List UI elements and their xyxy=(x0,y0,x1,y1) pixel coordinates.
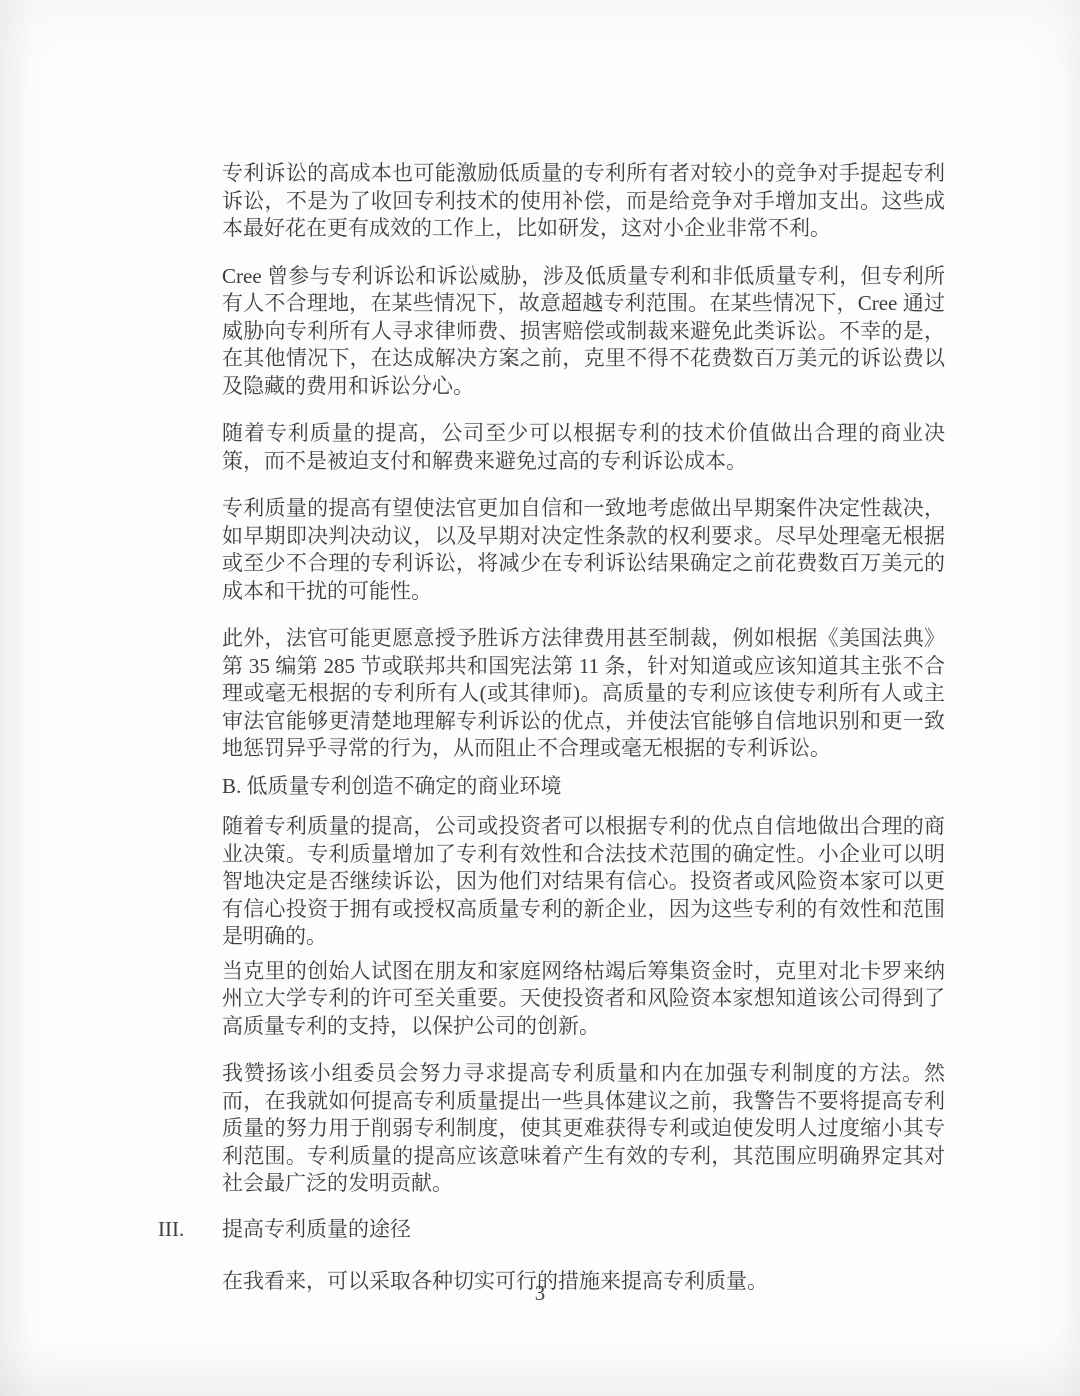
section-heading-iii: III. 提高专利质量的途径 xyxy=(158,1216,945,1244)
paragraph: 随着专利质量的提高，公司至少可以根据专利的技术价值做出合理的商业决策，而不是被迫… xyxy=(222,420,945,475)
section-heading-b: B. 低质量专利创造不确定的商业环境 xyxy=(222,773,945,801)
paragraph: Cree 曾参与专利诉讼和诉讼威胁，涉及低质量专利和非低质量专利，但专利所有人不… xyxy=(222,263,945,401)
section-title: 提高专利质量的途径 xyxy=(222,1216,411,1244)
document-body: 专利诉讼的高成本也可能激励低质量的专利所有者对较小的竞争对手提起专利诉讼，不是为… xyxy=(222,160,945,1296)
paragraph: 我赞扬该小组委员会努力寻求提高专利质量和内在加强专利制度的方法。然而，在我就如何… xyxy=(222,1060,945,1198)
section-numeral: III. xyxy=(158,1216,222,1244)
document-page: 专利诉讼的高成本也可能激励低质量的专利所有者对较小的竞争对手提起专利诉讼，不是为… xyxy=(0,0,1080,1396)
paragraph: 专利诉讼的高成本也可能激励低质量的专利所有者对较小的竞争对手提起专利诉讼，不是为… xyxy=(222,160,945,243)
paragraph: 专利质量的提高有望使法官更加自信和一致地考虑做出早期案件决定性裁决，如早期即决判… xyxy=(222,495,945,605)
paragraph: 随着专利质量的提高，公司或投资者可以根据专利的优点自信地做出合理的商业决策。专利… xyxy=(222,813,945,951)
paragraph: 此外，法官可能更愿意授予胜诉方法律费用甚至制裁，例如根据《美国法典》第 35 编… xyxy=(222,625,945,763)
paragraph: 当克里的创始人试图在朋友和家庭网络枯竭后筹集资金时，克里对北卡罗来纳州立大学专利… xyxy=(222,958,945,1041)
page-number: 3 xyxy=(0,1280,1080,1307)
